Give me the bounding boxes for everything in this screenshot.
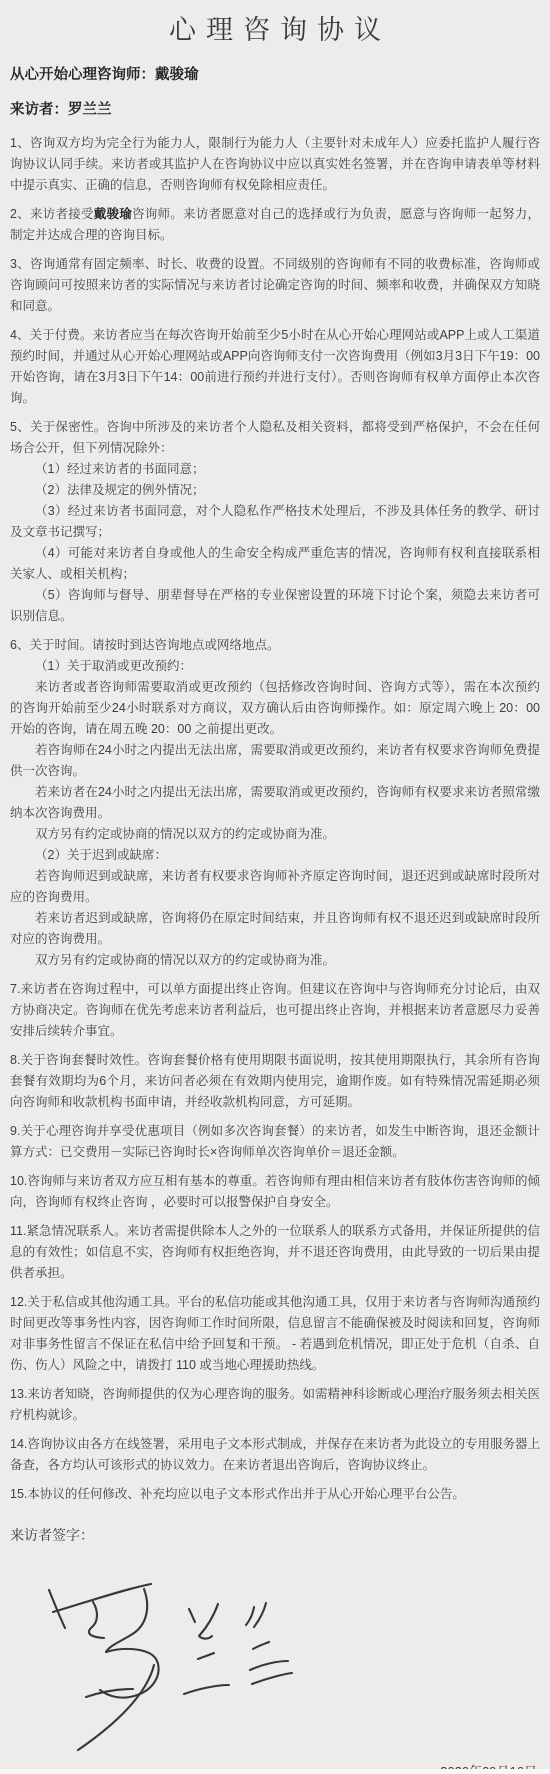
clause-2-prefix: 2、来访者接受 bbox=[10, 207, 94, 221]
clause-2: 2、来访者接受戴骏瑜咨询师。来访者愿意对自己的选择或行为负责，愿意与咨询师一起努… bbox=[10, 204, 540, 246]
clause-8: 8.关于咨询套餐时效性。咨询套餐价格有使用期限书面说明，按其使用期限执行，其余所… bbox=[10, 1050, 540, 1113]
clause-5-item-3: （3）经过来访者书面同意，对个人隐私作严格技术处理后，不涉及具体任务的教学、研讨… bbox=[10, 501, 540, 543]
visitor-line: 来访者：罗兰兰 bbox=[10, 98, 540, 119]
clause-1: 1、咨询双方均为完全行为能力人，限制行为能力人（主要针对未成年人）应委托监护人履… bbox=[10, 133, 540, 196]
clause-6: 6、关于时间。请按时到达咨询地点或网络地点。 （1）关于取消或更改预约： 来访者… bbox=[10, 635, 540, 971]
clause-5-item-2: （2）法律及规定的例外情况； bbox=[10, 480, 540, 501]
clause-3: 3、咨询通常有固定频率、时长、收费的设置。不同级别的咨询师有不同的收费标准，咨询… bbox=[10, 254, 540, 317]
clause-4: 4、关于付费。来访者应当在每次咨询开始前至少5小时在从心开始心理网站或APP上或… bbox=[10, 325, 540, 409]
clause-6-sub1-para-2: 若咨询师在24小时之内提出无法出席，需要取消或更改预约，来访者有权要求咨询师免费… bbox=[10, 740, 540, 782]
clause-5: 5、关于保密性。咨询中所涉及的来访者个人隐私及相关资料，都将受到严格保护，不会在… bbox=[10, 417, 540, 627]
clause-6-intro: 6、关于时间。请按时到达咨询地点或网络地点。 bbox=[10, 635, 540, 656]
signature-label: 来访者签字： bbox=[10, 1525, 540, 1545]
agreement-document: 心理咨询协议 从心开始心理咨询师：戴骏瑜 来访者：罗兰兰 1、咨询双方均为完全行… bbox=[0, 8, 550, 1774]
counselor-name: 戴骏瑜 bbox=[94, 207, 132, 221]
clause-6-sub2-para-3: 双方另有约定或协商的情况以双方的约定或协商为准。 bbox=[10, 950, 540, 971]
clause-5-intro: 5、关于保密性。咨询中所涉及的来访者个人隐私及相关资料，都将受到严格保护，不会在… bbox=[10, 417, 540, 459]
counselor-line: 从心开始心理咨询师：戴骏瑜 bbox=[10, 63, 540, 84]
clause-5-item-4: （4）可能对来访者自身或他人的生命安全构成严重危害的情况，咨询师有权利直接联系相… bbox=[10, 543, 540, 585]
clause-9: 9.关于心理咨询并享受优惠项目（例如多次咨询套餐）的来访者，如发生中断咨询，退还… bbox=[10, 1121, 540, 1163]
clause-6-sub1-para-1: 来访者或者咨询师需要取消或更改预约（包括修改咨询时间、咨询方式等），需在本次预约… bbox=[10, 677, 540, 740]
clause-13: 13.来访者知晓，咨询师提供的仅为心理咨询的服务。如需精神科诊断或心理治疗服务须… bbox=[10, 1384, 540, 1426]
clause-15: 15.本协议的任何修改、补充均应以电子文本形式作出并于从心开始心理平台公告。 bbox=[10, 1484, 540, 1505]
visitor-signature-handwriting bbox=[26, 1557, 306, 1757]
clause-6-sub1-para-4: 双方另有约定或协商的情况以双方的约定或协商为准。 bbox=[10, 824, 540, 845]
clause-6-sub2-para-2: 若来访者迟到或缺席，咨询将仍在原定时间结束，并且咨询师有权不退还迟到或缺席时段所… bbox=[10, 908, 540, 950]
clause-6-sub2-para-1: 若咨询师迟到或缺席，来访者有权要求咨询师补齐原定咨询时间，退还迟到或缺席时段所对… bbox=[10, 866, 540, 908]
page-title: 心理咨询协议 bbox=[10, 8, 540, 47]
clause-11: 11.紧急情况联系人。来访者需提供除本人之外的一位联系人的联系方式备用，并保证所… bbox=[10, 1221, 540, 1284]
page-bottom-edge bbox=[0, 1769, 550, 1774]
clause-7: 7.来访者在咨询过程中，可以单方面提出终止咨询。但建议在咨询中与咨询师充分讨论后… bbox=[10, 979, 540, 1042]
clause-12: 12.关于私信或其他沟通工具。平台的私信功能或其他沟通工具，仅用于来访者与咨询师… bbox=[10, 1292, 540, 1376]
clause-10: 10.咨询师与来访者双方应互相有基本的尊重。若咨询师有理由相信来访者有肢体伤害咨… bbox=[10, 1171, 540, 1213]
clause-6-sub1-para-3: 若来访者在24小时之内提出无法出席，需要取消或更改预约，咨询师有权要求来访者照常… bbox=[10, 782, 540, 824]
clause-5-item-1: （1）经过来访者的书面同意； bbox=[10, 459, 540, 480]
clause-14: 14.咨询协议由各方在线签署，采用电子文本形式制成，并保存在来访者为此设立的专用… bbox=[10, 1434, 540, 1476]
clause-6-sub2-title: （2）关于迟到或缺席： bbox=[10, 845, 540, 866]
clause-5-item-5: （5）咨询师与督导、朋辈督导在严格的专业保密设置的环境下讨论个案，须隐去来访者可… bbox=[10, 585, 540, 627]
clause-6-sub1-title: （1）关于取消或更改预约： bbox=[10, 656, 540, 677]
